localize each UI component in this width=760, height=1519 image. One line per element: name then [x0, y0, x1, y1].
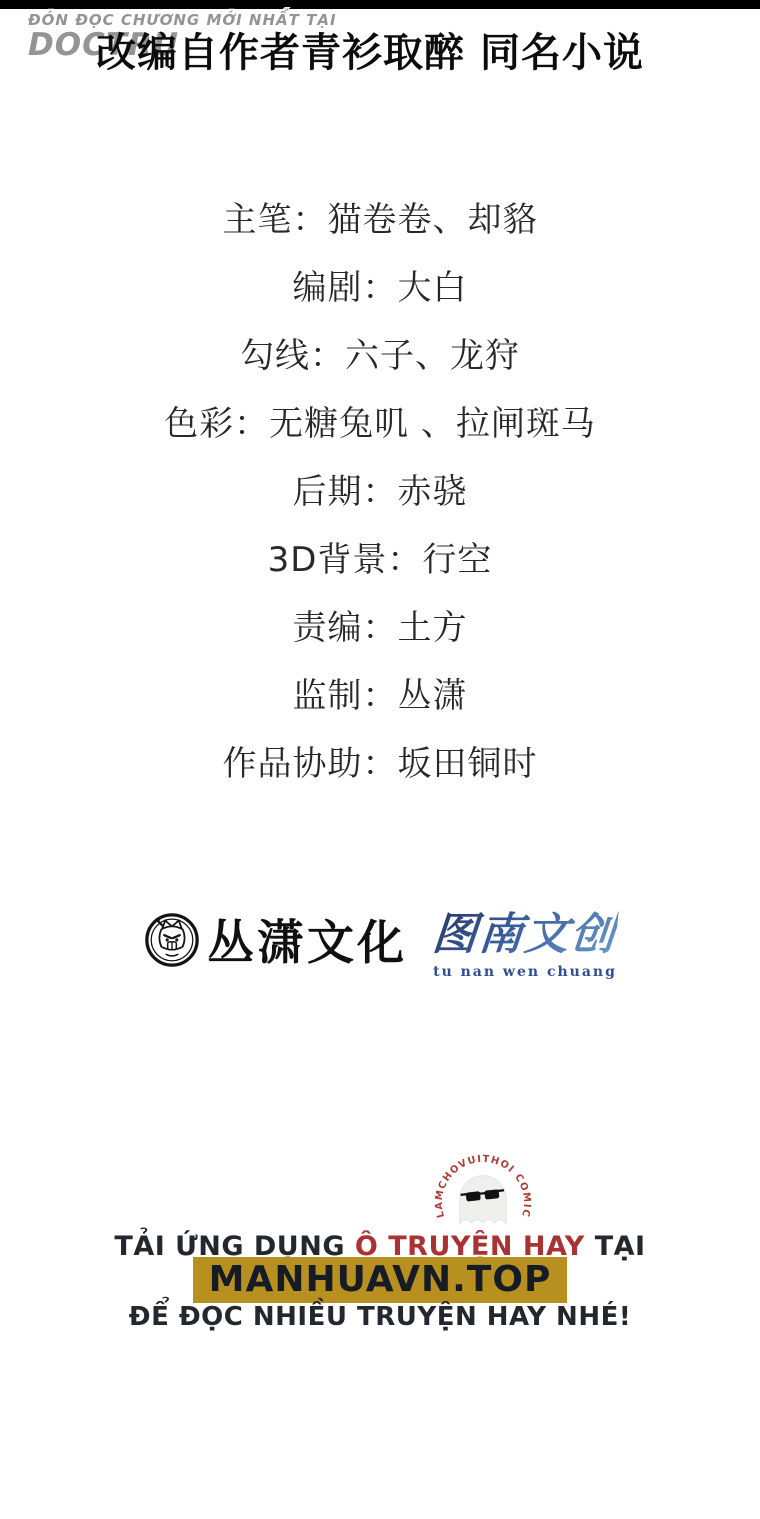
- cat-badge-icon: [143, 910, 201, 968]
- credit-line-screenwriter: 编剧：大白: [0, 254, 760, 322]
- credit-line-3d-background: 3D背景：行空: [0, 526, 760, 594]
- studio-logos-row: 丛潇文化 图南文创 tu nan wen chuang: [0, 898, 760, 980]
- credit-line-supervisor: 监制：丛潇: [0, 662, 760, 730]
- credit-line-editor: 责编：土方: [0, 594, 760, 662]
- credit-line-color: 色彩：无糖兔叽 、拉闸斑马: [0, 390, 760, 458]
- promo-site-bar-wrap: MANHUAVN.TOP: [0, 1257, 760, 1303]
- tunan-wenchuang-romanized: tu nan wen chuang: [433, 964, 617, 980]
- congxiao-culture-name: 丛潇文化: [207, 906, 407, 973]
- ghost-mascot-icon: LAMCHOVUITHOI COMIC: [421, 1140, 545, 1240]
- page-title: 改编自作者青衫取醉 同名小说: [0, 21, 750, 78]
- credit-line-assistance: 作品协助：坂田铜时: [0, 730, 760, 798]
- top-black-bar: [0, 0, 760, 9]
- tunan-wenchuang-logo: 图南文创 tu nan wen chuang: [433, 898, 617, 980]
- credits-list: 主笔：猫卷卷、却貉 编剧：大白 勾线：六子、龙狩 色彩：无糖兔叽 、拉闸斑马 后…: [0, 186, 760, 798]
- tunan-wenchuang-name: 图南文创: [430, 898, 620, 962]
- credit-line-main-artist: 主笔：猫卷卷、却貉: [0, 186, 760, 254]
- promo-site-name: MANHUAVN.TOP: [193, 1257, 568, 1303]
- congxiao-culture-logo: 丛潇文化: [143, 906, 407, 973]
- credit-line-lineart: 勾线：六子、龙狩: [0, 322, 760, 390]
- credit-line-postproduction: 后期：赤骁: [0, 458, 760, 526]
- promo-line3: ĐỂ ĐỌC NHIỀU TRUYỆN HAY NHÉ!: [0, 1302, 760, 1332]
